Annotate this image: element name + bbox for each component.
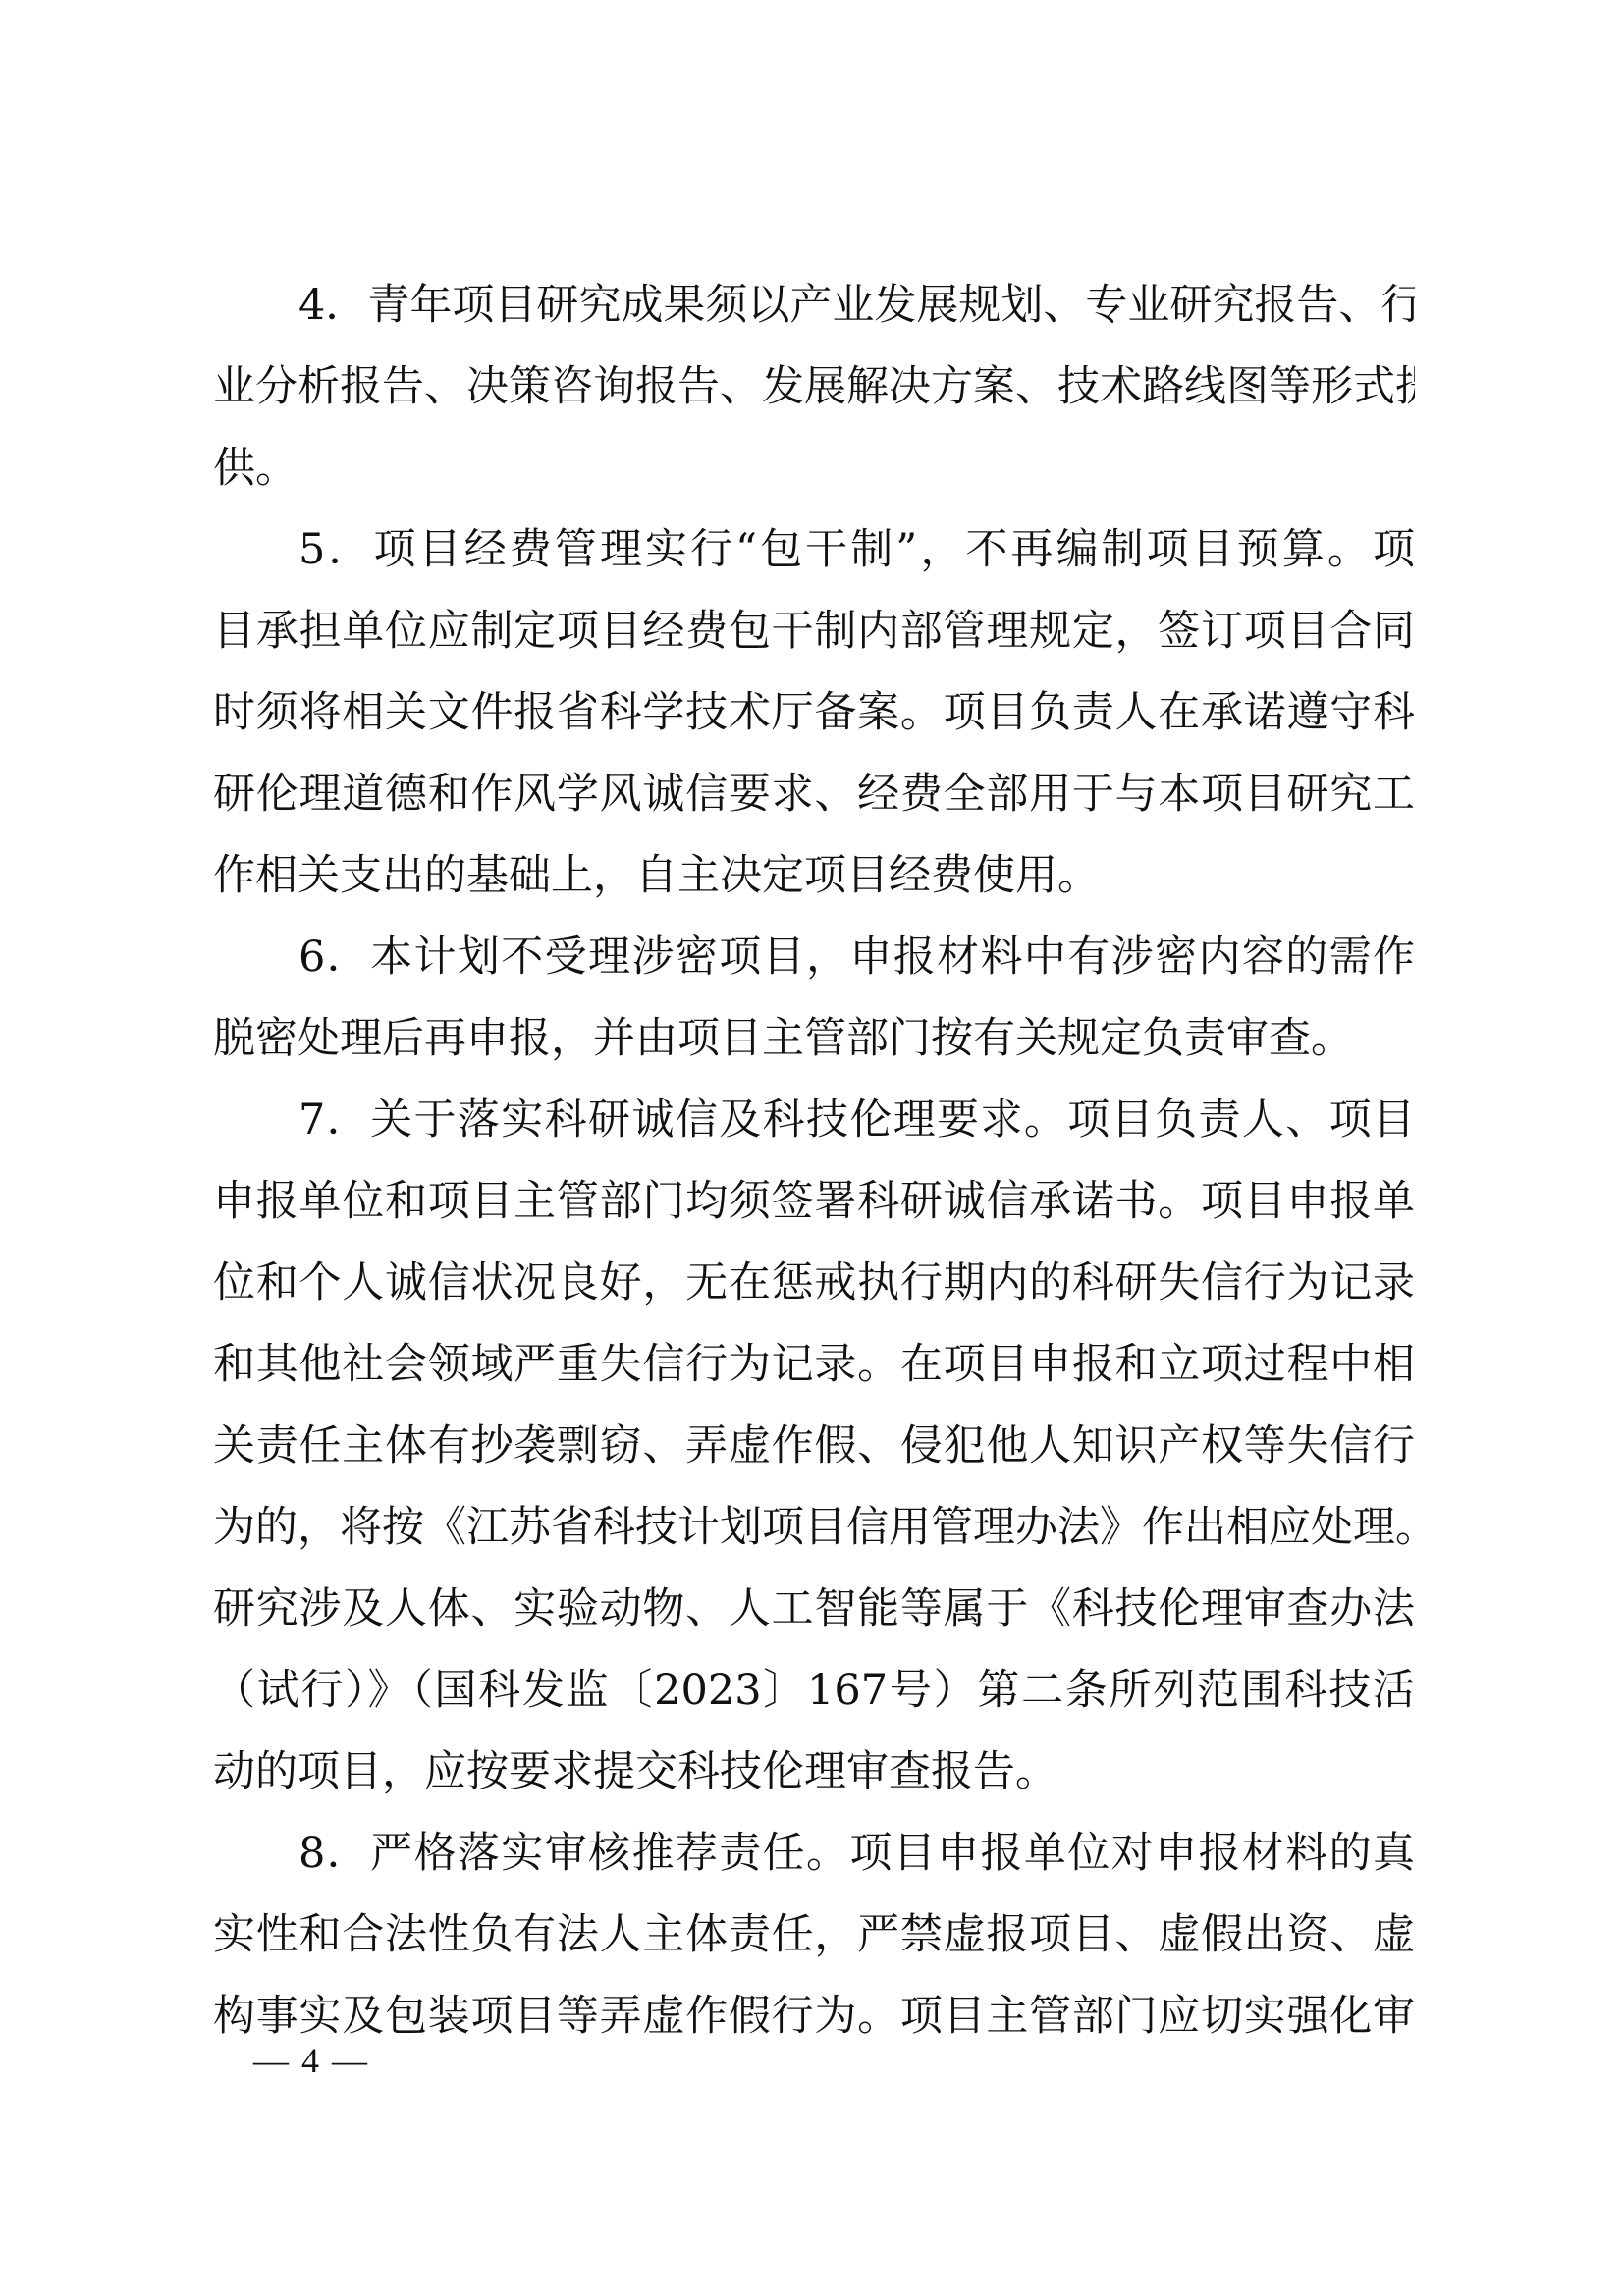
paragraph-line: 构事实及包装项目等弄虚作假行为。项目主管部门应切实强化审: [213, 1976, 1415, 2057]
paragraph-line: 7．关于落实科研诚信及科技伦理要求。项目负责人、项目: [213, 1080, 1415, 1161]
paragraph-line: 目承担单位应制定项目经费包干制内部管理规定，签订项目合同: [213, 591, 1415, 672]
paragraph-5: 5．项目经费管理实行“包干制”，不再编制项目预算。项 目承担单位应制定项目经费包…: [213, 509, 1415, 917]
paragraph-line: 5．项目经费管理实行“包干制”，不再编制项目预算。项: [213, 509, 1415, 591]
paragraph-4: 4．青年项目研究成果须以产业发展规划、专业研究报告、行 业分析报告、决策咨询报告…: [213, 265, 1415, 509]
paragraph-7: 7．关于落实科研诚信及科技伦理要求。项目负责人、项目 申报单位和项目主管部门均须…: [213, 1080, 1415, 1813]
paragraph-line: （试行）》（国科发监〔2023〕167号）第二条所列范围科技活: [213, 1650, 1415, 1732]
paragraph-line: 6．本计划不受理涉密项目，申报材料中有涉密内容的需作: [213, 917, 1415, 998]
paragraph-line: 脱密处理后再申报，并由项目主管部门按有关规定负责审查。: [213, 998, 1415, 1080]
paragraph-line: 位和个人诚信状况良好，无在惩戒执行期内的科研失信行为记录: [213, 1243, 1415, 1324]
paragraph-6: 6．本计划不受理涉密项目，申报材料中有涉密内容的需作 脱密处理后再申报，并由项目…: [213, 917, 1415, 1080]
page-number: — 4 —: [253, 2040, 369, 2081]
paragraph-line: 时须将相关文件报省科学技术厅备案。项目负责人在承诺遵守科: [213, 672, 1415, 754]
paragraph-line: 4．青年项目研究成果须以产业发展规划、专业研究报告、行: [213, 265, 1415, 347]
paragraph-8: 8．严格落实审核推荐责任。项目申报单位对申报材料的真 实性和合法性负有法人主体责…: [213, 1813, 1415, 2057]
paragraph-line: 作相关支出的基础上，自主决定项目经费使用。: [213, 835, 1415, 917]
paragraph-line: 8．严格落实审核推荐责任。项目申报单位对申报材料的真: [213, 1813, 1415, 1895]
document-page: 4．青年项目研究成果须以产业发展规划、专业研究报告、行 业分析报告、决策咨询报告…: [213, 265, 1415, 2057]
paragraph-line: 申报单位和项目主管部门均须签署科研诚信承诺书。项目申报单: [213, 1161, 1415, 1243]
paragraph-line: 关责任主体有抄袭剽窃、弄虚作假、侵犯他人知识产权等失信行: [213, 1406, 1415, 1487]
paragraph-line: 和其他社会领域严重失信行为记录。在项目申报和立项过程中相: [213, 1324, 1415, 1406]
paragraph-line: 研伦理道德和作风学风诚信要求、经费全部用于与本项目研究工: [213, 754, 1415, 835]
paragraph-line: 为的，将按《江苏省科技计划项目信用管理办法》作出相应处理。: [213, 1487, 1415, 1569]
paragraph-line: 实性和合法性负有法人主体责任，严禁虚报项目、虚假出资、虚: [213, 1895, 1415, 1976]
paragraph-line: 供。: [213, 428, 1415, 509]
paragraph-line: 研究涉及人体、实验动物、人工智能等属于《科技伦理审查办法: [213, 1569, 1415, 1650]
paragraph-line: 业分析报告、决策咨询报告、发展解决方案、技术路线图等形式提: [213, 347, 1415, 428]
paragraph-line: 动的项目，应按要求提交科技伦理审查报告。: [213, 1732, 1415, 1813]
